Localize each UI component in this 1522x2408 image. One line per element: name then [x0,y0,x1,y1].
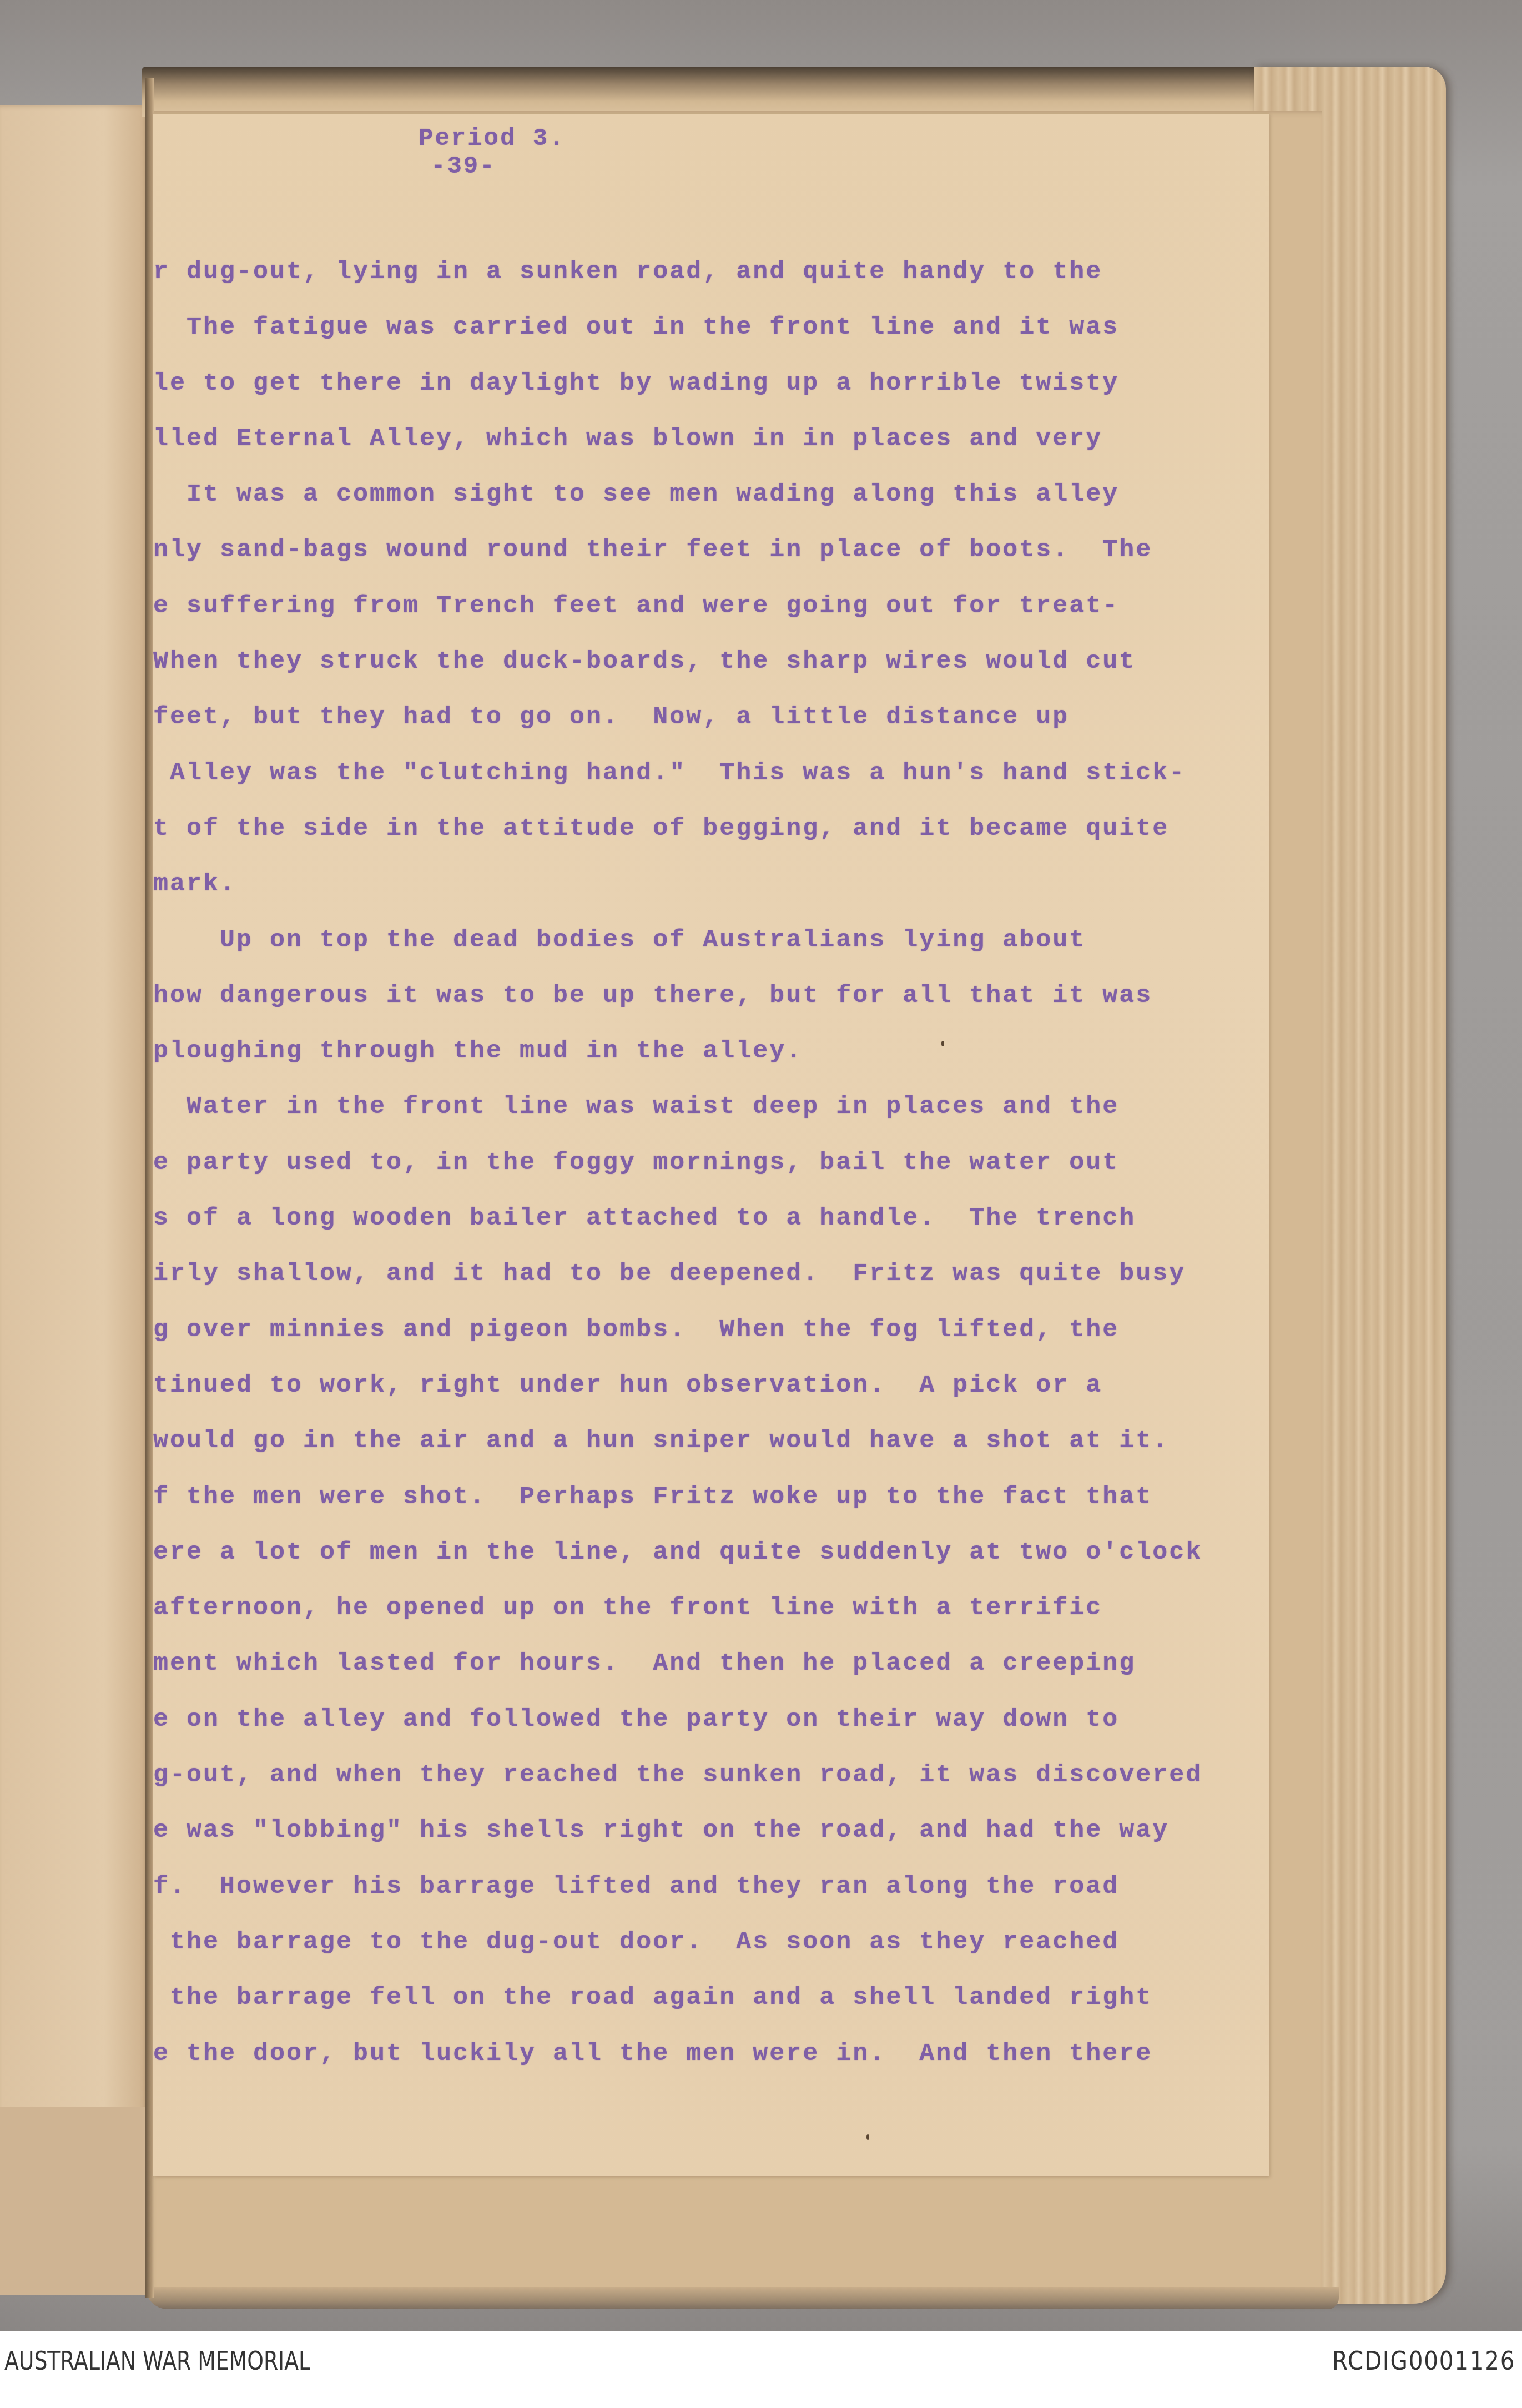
text-line: Water in the front line was waist deep i… [153,1090,1269,1146]
record-id: RCDIG0001126 [1332,2346,1515,2376]
typed-page: Period 3. -39- r dug-out, lying in a sun… [153,114,1269,2176]
text-line: e the door, but luckily all the men were… [153,2037,1269,2093]
left-page [0,105,149,2295]
typed-body-text: r dug-out, lying in a sunken road, and q… [153,255,1269,2093]
text-line: would go in the air and a hun sniper wou… [153,1424,1269,1480]
text-line: g over minnies and pigeon bombs. When th… [153,1313,1269,1369]
institution-label: AUSTRALIAN WAR MEMORIAL [4,2346,310,2376]
text-line: lled Eternal Alley, which was blown in i… [153,422,1269,478]
text-line: le to get there in daylight by wading up… [153,367,1269,422]
text-line: r dug-out, lying in a sunken road, and q… [153,255,1269,311]
scanned-book-photo: Period 3. -39- r dug-out, lying in a sun… [0,0,1522,2331]
left-page-lower-sheet [0,2107,149,2295]
text-line: e suffering from Trench feet and were go… [153,590,1269,645]
paper-speck [941,1041,944,1046]
text-line: how dangerous it was to be up there, but… [153,979,1269,1035]
text-line: When they struck the duck-boards, the sh… [153,645,1269,701]
text-line: s of a long wooden bailer attached to a … [153,1202,1269,1257]
text-line: tinued to work, right under hun observat… [153,1369,1269,1424]
text-line: feet, but they had to go on. Now, a litt… [153,701,1269,756]
text-line: ploughing through the mud in the alley. [153,1035,1269,1090]
page-number: -39- [431,153,496,180]
text-line: e was "lobbing" his shells right on the … [153,1814,1269,1870]
text-line: e party used to, in the foggy mornings, … [153,1146,1269,1202]
text-line: ere a lot of men in the line, and quite … [153,1536,1269,1591]
text-line: the barrage to the dug-out door. As soon… [153,1926,1269,1981]
text-line: the barrage fell on the road again and a… [153,1981,1269,2037]
text-line: Alley was the "clutching hand." This was… [153,757,1269,812]
text-line: ment which lasted for hours. And then he… [153,1647,1269,1702]
text-line: afternoon, he opened up on the front lin… [153,1591,1269,1647]
text-line: Up on top the dead bodies of Australians… [153,924,1269,979]
text-line: f. However his barrage lifted and they r… [153,1870,1269,1926]
text-line: irly shallow, and it had to be deepened.… [153,1257,1269,1313]
section-heading: Period 3. [419,125,566,153]
text-line: It was a common sight to see men wading … [153,478,1269,533]
book-top-edge [142,67,1413,117]
text-line: nly sand-bags wound round their feet in … [153,533,1269,589]
text-line: f the men were shot. Perhaps Fritz woke … [153,1480,1269,1536]
paper-speck [866,2134,869,2140]
text-line: g-out, and when they reached the sunken … [153,1759,1269,1814]
archive-footer: AUSTRALIAN WAR MEMORIAL RCDIG0001126 [0,2331,1522,2408]
text-line: t of the side in the attitude of begging… [153,812,1269,868]
text-line: mark. [153,868,1269,923]
text-line: The fatigue was carried out in the front… [153,311,1269,366]
text-line: e on the alley and followed the party on… [153,1703,1269,1759]
book-bottom-edge [145,2287,1339,2309]
